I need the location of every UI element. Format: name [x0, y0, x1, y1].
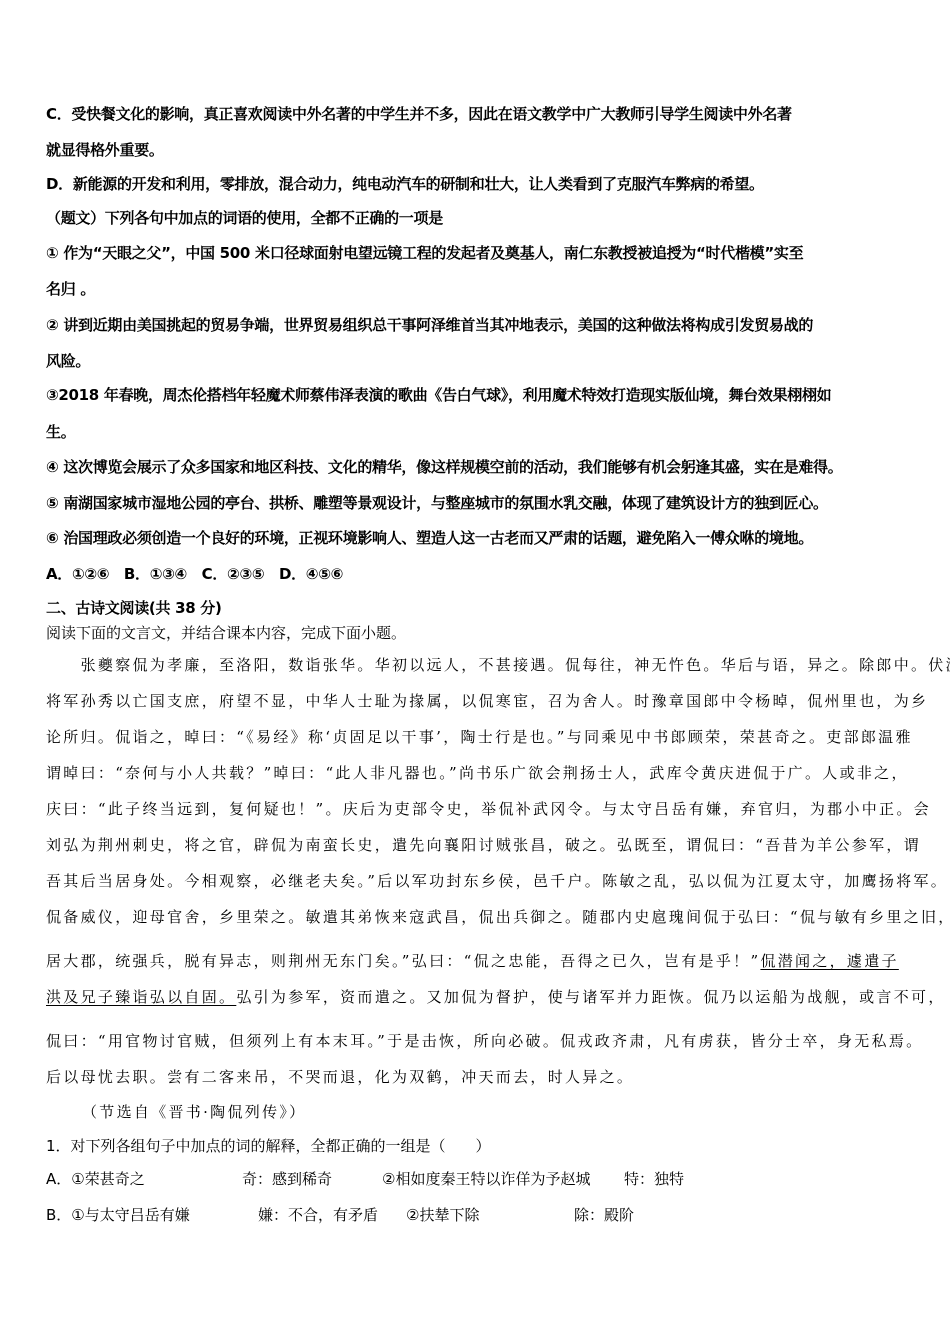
passage-text: 居大郡，统强兵，脱有异志，则荆州无东门矣。”弘曰：“侃之忠能，吾得之已久，岂有是…: [46, 952, 760, 970]
passage-text: 弘引为参军，资而遣之。又加侃为督护，使与诸军并力距恢。侃乃以运船为战舰，或言不可…: [236, 988, 945, 1006]
option-b-gloss1: 嫌：不合，有矛盾: [258, 1204, 378, 1225]
idiom-item-2-line1: ② 讲到近期由美国挑起的贸易争端，世界贸易组织总干事阿泽维首当其冲地表示，美国的…: [46, 314, 813, 335]
idiom-question-stem: （题文）下列各句中加点的词语的使用，全都不正确的一项是: [46, 207, 443, 228]
idiom-item-6: ⑥ 治国理政必须创造一个良好的环境，正视环境影响人、塑造人这一古老而又严肃的话题…: [46, 527, 813, 548]
option-b-part2: ②扶辇下除: [406, 1204, 479, 1225]
section-heading: 二、古诗文阅读(共 38 分): [46, 597, 222, 618]
option-a-gloss1: 奇：感到稀奇: [242, 1168, 332, 1189]
idiom-choices: A．①②⑥ B．①③④ C．②③⑤ D．④⑤⑥: [46, 563, 343, 584]
passage-line: 侃备威仪，迎母官舍，乡里荣之。敏遣其弟恢来寇武昌，侃出兵御之。随郡内史扈瑰间侃于…: [46, 906, 950, 927]
question-1-stem: 1．对下列各组句子中加点的词的解释，全都正确的一组是（ ）: [46, 1135, 491, 1156]
passage-line: 后以母忧去职。尝有二客来吊，不哭而退，化为双鹤，冲天而去，时人异之。: [46, 1066, 634, 1087]
idiom-item-5: ⑤ 南湖国家城市湿地公园的亭台、拱桥、雕塑等景观设计，与整座城市的氛围水乳交融，…: [46, 492, 828, 513]
underlined-sentence: 侃潜闻之，遽遣子: [760, 952, 898, 970]
passage-source: （节选自《晋书·陶侃列传》）: [82, 1101, 306, 1122]
option-b-label: B．①与太守吕岳有嫌: [46, 1204, 190, 1225]
option-a-label: A．①荣甚奇之: [46, 1168, 145, 1189]
idiom-item-1-line2: 名归 。: [46, 278, 95, 299]
idiom-item-4: ④ 这次博览会展示了众多国家和地区科技、文化的精华，像这样规模空前的活动，我们能…: [46, 456, 842, 477]
passage-line: 刘弘为荆州刺史，将之官，辟侃为南蛮长史，遣先向襄阳讨贼张昌，破之。弘既至，谓侃曰…: [46, 834, 921, 855]
passage-line: 洪及兄子臻诣弘以自固。弘引为参军，资而遣之。又加侃为督护，使与诸军并力距恢。侃乃…: [46, 986, 946, 1007]
passage-line: 吾其后当居身处。今相观察，必继老夫矣。”后以军功封东乡侯，邑千户。陈敏之乱，弘以…: [46, 870, 948, 891]
passage-line: 居大郡，统强兵，脱有异志，则荆州无东门矣。”弘曰：“侃之忠能，吾得之已久，岂有是…: [46, 950, 899, 971]
underlined-sentence: 洪及兄子臻诣弘以自固。: [46, 988, 236, 1006]
idiom-item-3-line1: ③2018 年春晚，周杰伦搭档年轻魔术师蔡伟泽表演的歌曲《告白气球》，利用魔术特…: [46, 384, 831, 405]
passage-line: 将军孙秀以亡国支庶，府望不显，中华人士耻为掾属，以侃寒宦，召为舍人。时豫章国郎中…: [46, 690, 928, 711]
option-d: D．新能源的开发和利用，零排放，混合动力，纯电动汽车的研制和壮大，让人类看到了克…: [46, 173, 764, 194]
idiom-item-3-line2: 生。: [46, 421, 75, 442]
passage-line: 侃曰：“用官物讨官贼，但须列上有本末耳。”于是击恢，所向必破。侃戎政齐肃，凡有虏…: [46, 1030, 923, 1051]
passage-line: 庆曰：“此子终当远到，复何疑也！”。庆后为吏部令史，举侃补武冈令。与太守吕岳有嫌…: [46, 798, 931, 819]
passage-line: 张夔察侃为孝廉，至洛阳，数诣张华。华初以远人，不甚接遇。侃每往，神无忤色。华后与…: [46, 654, 950, 675]
section-instruction: 阅读下面的文言文，并结合课本内容，完成下面小题。: [46, 622, 406, 643]
option-c-line1: C．受快餐文化的影响，真正喜欢阅读中外名著的中学生并不多，因此在语文教学中广大教…: [46, 103, 792, 124]
option-c-line2: 就显得格外重要。: [46, 139, 164, 160]
idiom-item-2-line2: 风险。: [46, 350, 90, 371]
passage-line: 论所归。侃诣之，晫曰：“《易经》称‘贞固足以干事’，陶士行是也。”与同乘见中书郎…: [46, 726, 913, 747]
option-a-part2: ②相如度秦王特以诈佯为予赵城: [382, 1168, 590, 1189]
option-a-gloss2: 特：独特: [624, 1168, 684, 1189]
option-b-gloss2: 除：殿阶: [574, 1204, 634, 1225]
passage-line: 谓晫曰：“奈何与小人共载？”晫曰：“此人非凡器也。”尚书乐广欲会荆扬士人，武库令…: [46, 762, 909, 783]
idiom-item-1-line1: ① 作为“天眼之父”，中国 500 米口径球面射电望远镜工程的发起者及奠基人，南…: [46, 242, 803, 263]
